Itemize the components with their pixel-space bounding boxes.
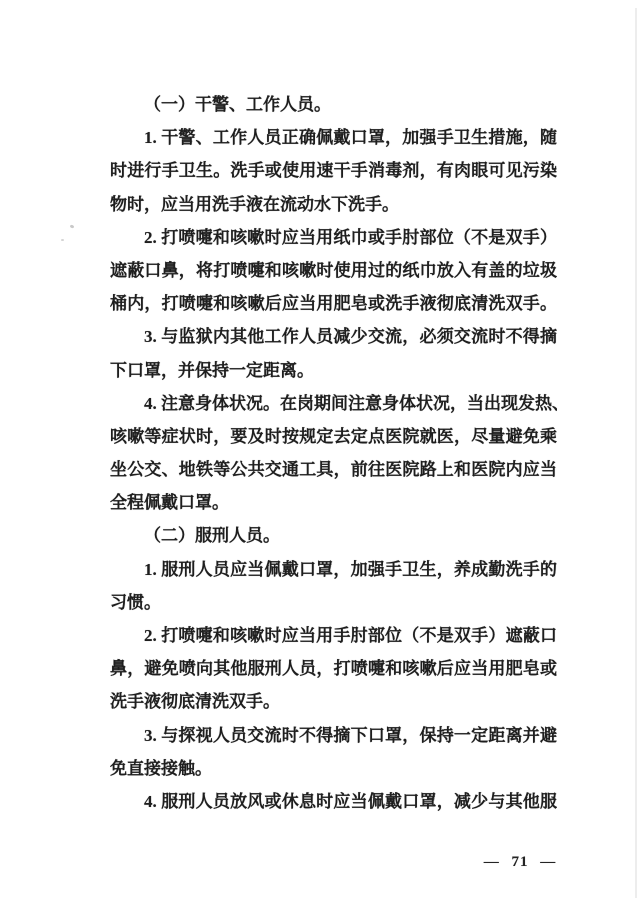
text-line: 全程佩戴口罩。 xyxy=(110,486,557,519)
text-line: 遮蔽口鼻，将打喷嚏和咳嗽时使用过的纸巾放入有盖的垃圾 xyxy=(110,254,557,287)
text-line: 1. 服刑人员应当佩戴口罩，加强手卫生，养成勤洗手的 xyxy=(110,553,557,586)
text-line: （一）干警、工作人员。 xyxy=(110,88,557,121)
text-line: 3. 与监狱内其他工作人员减少交流，必须交流时不得摘 xyxy=(110,320,557,353)
text-line: 桶内，打喷嚏和咳嗽后应当用肥皂或洗手液彻底清洗双手。 xyxy=(110,287,557,320)
text-line: 3. 与探视人员交流时不得摘下口罩，保持一定距离并避 xyxy=(110,719,557,752)
text-line: 咳嗽等症状时，要及时按规定去定点医院就医，尽量避免乘 xyxy=(110,420,557,453)
text-line: 鼻，避免喷向其他服刑人员，打喷嚏和咳嗽后应当用肥皂或 xyxy=(110,652,557,685)
document-page: （一）干警、工作人员。1. 干警、工作人员正确佩戴口罩，加强手卫生措施，随时进行… xyxy=(0,0,639,907)
page-number: — 71 — xyxy=(455,849,585,875)
text-line: 1. 干警、工作人员正确佩戴口罩，加强手卫生措施，随 xyxy=(110,121,557,154)
text-line: 物时，应当用洗手液在流动水下洗手。 xyxy=(110,188,557,221)
text-line: （二）服刑人员。 xyxy=(110,519,557,552)
text-line: 4. 服刑人员放风或休息时应当佩戴口罩，减少与其他服 xyxy=(110,785,557,818)
document-text-block: （一）干警、工作人员。1. 干警、工作人员正确佩戴口罩，加强手卫生措施，随时进行… xyxy=(110,88,557,818)
text-line: 时进行手卫生。洗手或使用速干手消毒剂，有肉眼可见污染 xyxy=(110,154,557,187)
scan-speck-artifact xyxy=(70,224,75,228)
text-line: 坐公交、地铁等公共交通工具，前往医院路上和医院内应当 xyxy=(110,453,557,486)
scan-speck-artifact xyxy=(61,239,64,241)
text-line: 洗手液彻底清洗双手。 xyxy=(110,685,557,718)
text-line: 2. 打喷嚏和咳嗽时应当用手肘部位（不是双手）遮蔽口 xyxy=(110,619,557,652)
text-line: 2. 打喷嚏和咳嗽时应当用纸巾或手肘部位（不是双手） xyxy=(110,221,557,254)
text-line: 下口罩，并保持一定距离。 xyxy=(110,354,557,387)
text-line: 习惯。 xyxy=(110,586,557,619)
text-line: 4. 注意身体状况。在岗期间注意身体状况，当出现发热、 xyxy=(110,387,557,420)
text-line: 免直接接触。 xyxy=(110,752,557,785)
scan-edge-artifact xyxy=(635,8,637,898)
